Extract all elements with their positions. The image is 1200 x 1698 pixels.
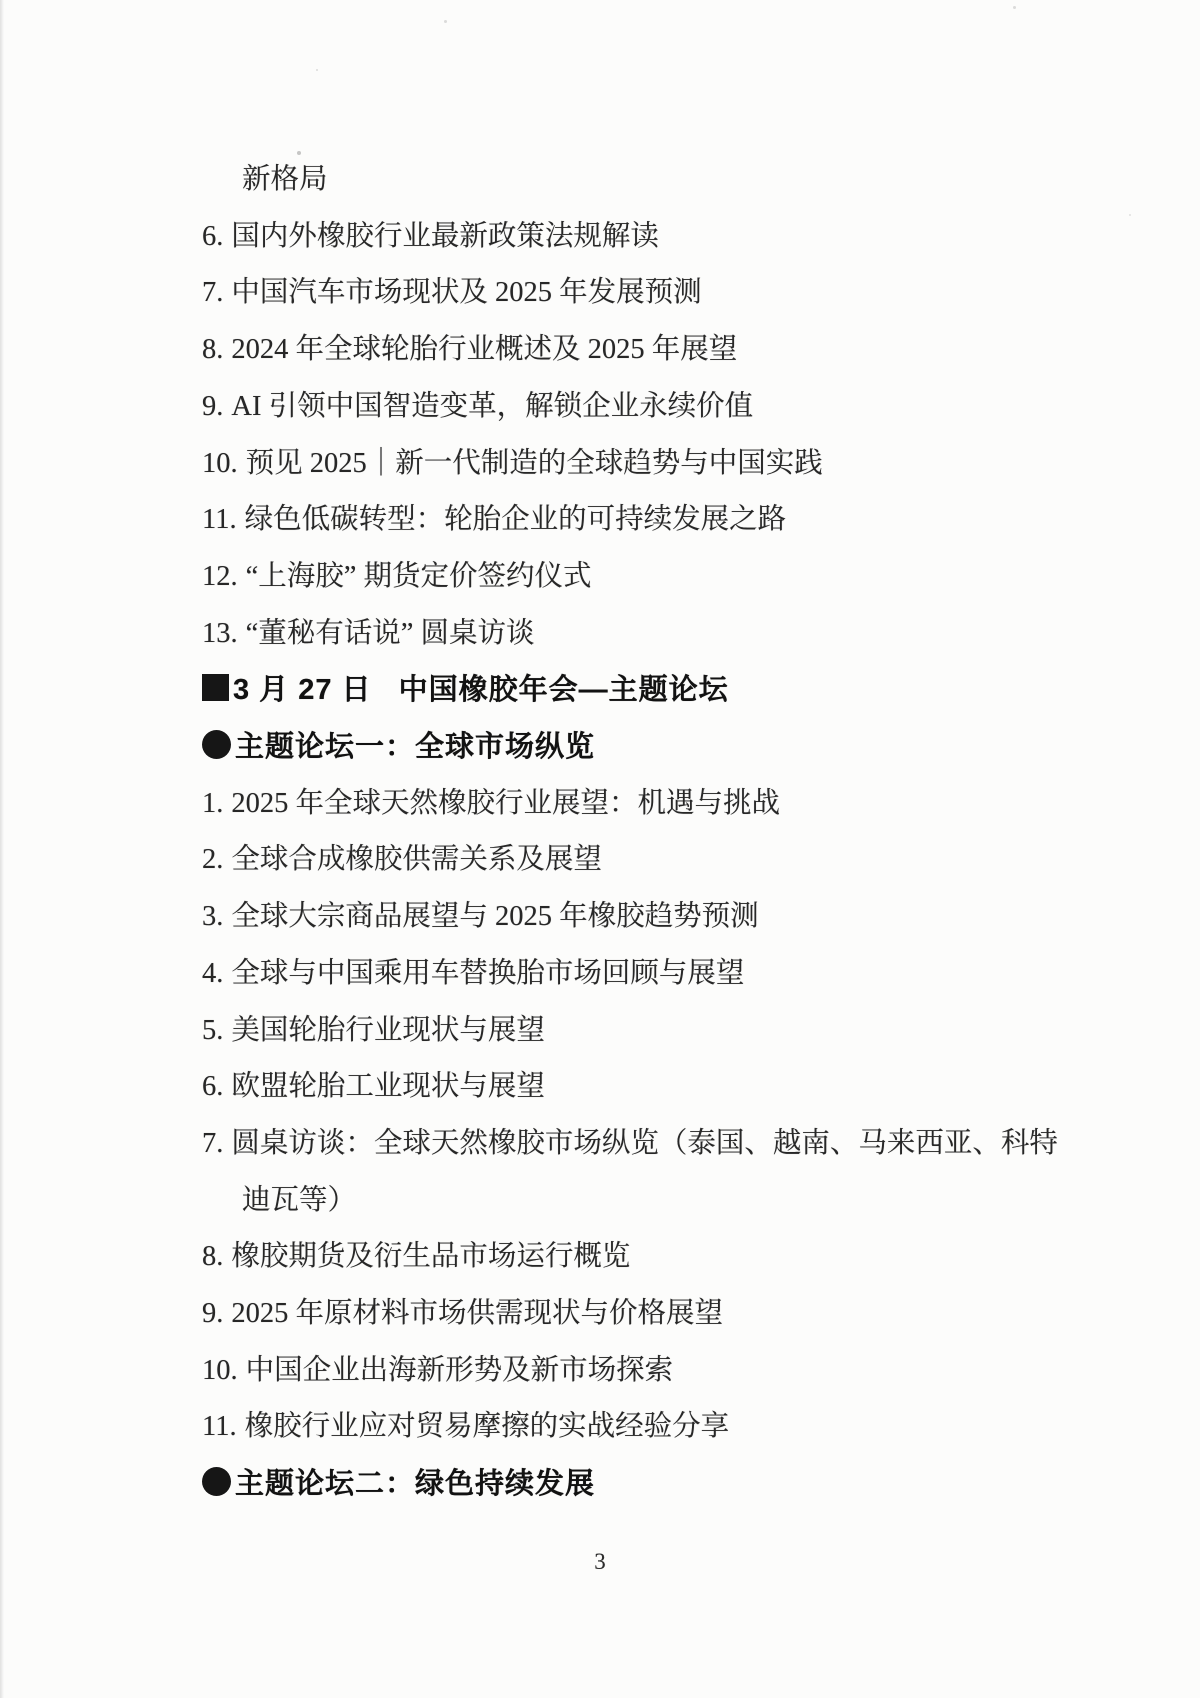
item-title: 美国轮胎行业现状与展望: [231, 1015, 545, 1046]
item-number: 8.: [202, 334, 223, 365]
scan-speck: [444, 20, 447, 23]
circle-marker-icon: [202, 730, 231, 759]
item-number: 1.: [202, 788, 223, 819]
item-number: 7.: [202, 1128, 223, 1159]
scan-speck: [1129, 214, 1131, 216]
item-title: “董秘有话说” 圆桌访谈: [246, 618, 535, 649]
item-title: 中国汽车市场现状及 2025 年发展预测: [231, 277, 701, 308]
item-number: 4.: [202, 958, 223, 989]
circle-marker-icon: [202, 1467, 231, 1496]
item-number: 11.: [202, 1411, 237, 1442]
list-item: 2.全球合成橡胶供需关系及展望: [202, 832, 1068, 889]
list-item: 10.中国企业出海新形势及新市场探索: [202, 1343, 1068, 1400]
list-item: 6.欧盟轮胎工业现状与展望: [202, 1059, 1068, 1116]
item-number: 13.: [202, 618, 238, 649]
item-title: 2025 年全球天然橡胶行业展望：机遇与挑战: [231, 788, 780, 819]
list-item: 8.2024 年全球轮胎行业概述及 2025 年展望: [202, 322, 1068, 379]
list-item: 7.中国汽车市场现状及 2025 年发展预测: [202, 265, 1068, 322]
item-title: 全球与中国乘用车替换胎市场回顾与展望: [231, 958, 744, 989]
item-title: 全球大宗商品展望与 2025 年橡胶趋势预测: [231, 901, 758, 932]
item-title: 全球合成橡胶供需关系及展望: [231, 844, 602, 875]
item-title: 橡胶期货及衍生品市场运行概览: [231, 1241, 630, 1272]
item-number: 9.: [202, 391, 223, 422]
item-number: 7.: [202, 277, 223, 308]
scanned-document-page: 新格局 6.国内外橡胶行业最新政策法规解读 7.中国汽车市场现状及 2025 年…: [0, 0, 1200, 1698]
item-title: 2025 年原材料市场供需现状与价格展望: [231, 1298, 723, 1329]
list-item: 3.全球大宗商品展望与 2025 年橡胶趋势预测: [202, 889, 1068, 946]
scan-speck: [1013, 6, 1016, 9]
item-title: 绿色低碳转型：轮胎企业的可持续发展之路: [245, 504, 787, 535]
item-title: 2024 年全球轮胎行业概述及 2025 年展望: [231, 334, 737, 365]
list-item-wrapped: 7.圆桌访谈：全球天然橡胶市场纵览（泰国、越南、马来西亚、科特迪瓦等）: [202, 1116, 1068, 1229]
list-item: 9.2025 年原材料市场供需现状与价格展望: [202, 1286, 1068, 1343]
list-item: 1.2025 年全球天然橡胶行业展望：机遇与挑战: [202, 776, 1068, 833]
forum1-heading: 主题论坛一：全球市场纵览: [202, 719, 1068, 776]
list-item: 11.绿色低碳转型：轮胎企业的可持续发展之路: [202, 492, 1068, 549]
list-item: 8.橡胶期货及衍生品市场运行概览: [202, 1229, 1068, 1286]
forum1-heading-title: 主题论坛一：全球市场纵览: [235, 731, 595, 763]
item-title: 橡胶行业应对贸易摩擦的实战经验分享: [245, 1411, 730, 1442]
list-item: 9.AI 引领中国智造变革，解锁企业永续价值: [202, 379, 1068, 436]
list-item: 6.国内外橡胶行业最新政策法规解读: [202, 209, 1068, 266]
item-number: 2.: [202, 844, 223, 875]
square-marker-icon: [202, 674, 229, 701]
page-number: 3: [0, 1549, 1200, 1575]
item-title: 欧盟轮胎工业现状与展望: [231, 1071, 545, 1102]
scan-speck: [297, 151, 301, 155]
scan-speck: [316, 69, 318, 71]
item-title: 圆桌访谈：全球天然橡胶市场纵览（泰国、越南、马来西亚、科特迪瓦等）: [231, 1128, 1058, 1216]
item-title: “上海胶” 期货定价签约仪式: [246, 561, 592, 592]
list-item: 13.“董秘有话说” 圆桌访谈: [202, 606, 1068, 663]
day-heading-date: 3 月 27 日: [233, 674, 372, 706]
item-title: AI 引领中国智造变革，解锁企业永续价值: [231, 391, 753, 422]
item-title: 中国企业出海新形势及新市场探索: [246, 1355, 674, 1386]
item-number: 10.: [202, 1355, 238, 1386]
item-number: 3.: [202, 901, 223, 932]
agenda-content: 新格局 6.国内外橡胶行业最新政策法规解读 7.中国汽车市场现状及 2025 年…: [202, 152, 1068, 1513]
continuation-text: 新格局: [242, 164, 328, 195]
forum2-heading: 主题论坛二：绿色持续发展: [202, 1456, 1068, 1513]
item-number: 5.: [202, 1015, 223, 1046]
list-item: 10.预见 2025｜新一代制造的全球趋势与中国实践: [202, 436, 1068, 493]
item-title: 国内外橡胶行业最新政策法规解读: [231, 221, 659, 252]
item-number: 6.: [202, 221, 223, 252]
day-heading-title: 中国橡胶年会—主题论坛: [399, 674, 729, 706]
item-title: 预见 2025｜新一代制造的全球趋势与中国实践: [246, 448, 823, 479]
item-number: 10.: [202, 448, 238, 479]
item-number: 8.: [202, 1241, 223, 1272]
forum2-heading-title: 主题论坛二：绿色持续发展: [235, 1468, 595, 1500]
list-item: 5.美国轮胎行业现状与展望: [202, 1003, 1068, 1060]
item-number: 11.: [202, 504, 237, 535]
day-heading: 3 月 27 日中国橡胶年会—主题论坛: [202, 662, 1068, 719]
list-item: 11.橡胶行业应对贸易摩擦的实战经验分享: [202, 1399, 1068, 1456]
list-item: 12.“上海胶” 期货定价签约仪式: [202, 549, 1068, 606]
item-number: 12.: [202, 561, 238, 592]
item-number: 9.: [202, 1298, 223, 1329]
list-item: 4.全球与中国乘用车替换胎市场回顾与展望: [202, 946, 1068, 1003]
continuation-line: 新格局: [202, 152, 1068, 209]
item-number: 6.: [202, 1071, 223, 1102]
